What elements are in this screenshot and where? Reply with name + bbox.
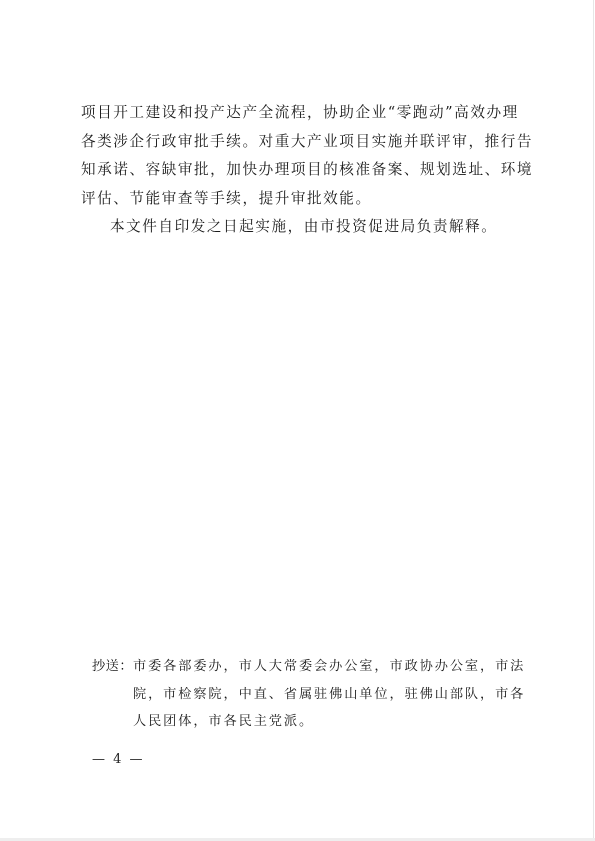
page-number: — 4 — xyxy=(92,748,145,772)
body-line: 各类涉企行政审批手续。对重大产业项目实施并联评审，推行告 xyxy=(81,128,517,157)
body-line: 评估、节能审查等手续，提升审批效能。 xyxy=(81,185,517,214)
cc-line: 院，市检察院，中直、省属驻佛山单位，驻佛山部队，市各 xyxy=(92,681,512,709)
cc-distribution: 抄送：市委各部委办，市人大常委会办公室，市政协办公室，市法 院，市检察院，中直、… xyxy=(92,653,512,736)
cc-line: 人民团体，市各民主党派。 xyxy=(92,708,512,736)
cc-line: 市委各部委办，市人大常委会办公室，市政协办公室，市法 xyxy=(133,659,525,674)
body-line: 项目开工建设和投产达产全流程，协助企业“零跑动”高效办理 xyxy=(81,99,517,128)
page-edge xyxy=(593,0,594,841)
cc-label: 抄送： xyxy=(92,653,133,681)
document-body: 项目开工建设和投产达产全流程，协助企业“零跑动”高效办理 各类涉企行政审批手续。… xyxy=(81,99,517,242)
body-line: 知承诺、容缺审批，加快办理项目的核准备案、规划选址、环境 xyxy=(81,156,517,185)
cc-first-row: 抄送：市委各部委办，市人大常委会办公室，市政协办公室，市法 xyxy=(92,653,512,681)
closing-paragraph: 本文件自印发之日起实施，由市投资促进局负责解释。 xyxy=(81,213,517,242)
